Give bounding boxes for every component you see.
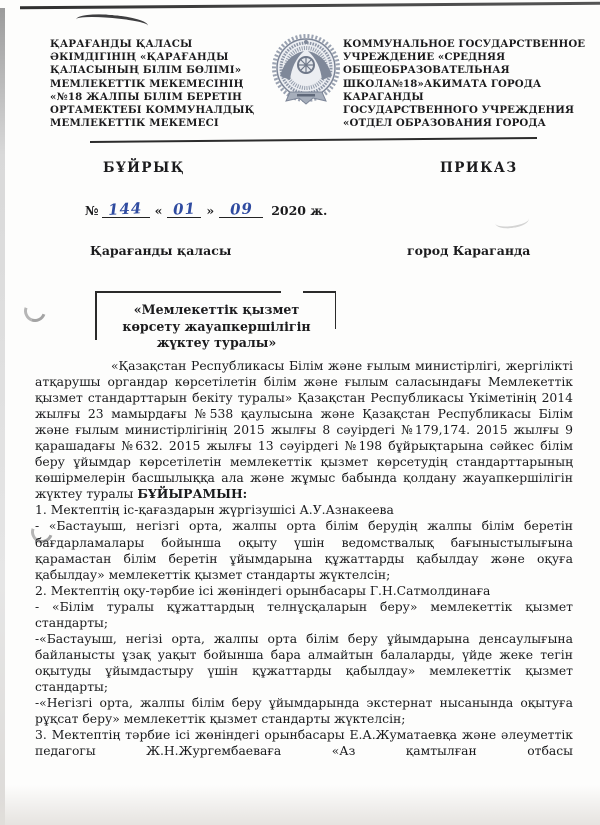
org-line: ОБЩЕОБРАЗОВАТЕЛЬНАЯ <box>343 64 591 77</box>
body-item: -«Бастауыш, негізі орта, жалпы орта білі… <box>35 631 573 695</box>
org-line: КОММУНАЛЬНОЕ ГОСУДАРСТВЕННОЕ <box>343 38 591 51</box>
order-body: «Қазақстан Республикасы Білім және ғылым… <box>35 358 573 759</box>
faint-pen-squiggle <box>494 212 530 231</box>
body-intro-paragraph: «Қазақстан Республикасы Білім және ғылым… <box>35 358 573 502</box>
scan-bottom-shadow <box>0 785 600 825</box>
body-item: 2. Мектептің оқу-тәрбие ісі жөніндегі ор… <box>35 583 573 599</box>
body-item: 3. Мектептің тәрбие ісі жөніндегі орынба… <box>35 727 573 759</box>
org-line: МЕМЛЕКЕТТІК МЕКЕМЕСІ <box>50 117 262 130</box>
close-quote: » <box>206 203 214 218</box>
box-border <box>303 291 336 293</box>
order-month-field: 09 <box>219 199 263 218</box>
org-line: «№18 ЖАЛПЫ БІЛІМ БЕРЕТІН <box>50 91 262 104</box>
box-border <box>95 291 97 340</box>
order-subject: «Мемлекеттік қызмет көрсету жауапкершілі… <box>105 302 328 352</box>
scan-top-edge-artifact <box>20 2 600 10</box>
kazakhstan-coat-of-arms-icon <box>270 32 342 110</box>
body-item: 1. Мектептің іс-қағаздарын жүргізушісі А… <box>35 502 573 518</box>
header-divider-line <box>90 137 537 143</box>
order-title-kazakh: БҰЙРЫҚ <box>103 160 185 176</box>
order-number-line: № 144 « 01 » 09 2020 ж. <box>85 199 327 218</box>
handwritten-day: 01 <box>173 199 197 218</box>
scan-left-edge-artifact <box>0 8 5 825</box>
box-border <box>95 291 281 293</box>
order-day-field: 01 <box>167 199 201 218</box>
org-name-kazakh: ҚАРАҒАНДЫ ҚАЛАСЫ ӘКІМДІГІНІҢ «ҚАРАҒАНДЫ … <box>50 38 262 130</box>
body-item: -«Негізгі орта, жалпы білім беру ұйымдар… <box>35 695 573 727</box>
order-subject-box: «Мемлекеттік қызмет көрсету жауапкершілі… <box>95 291 338 345</box>
box-border <box>335 291 337 329</box>
open-quote: « <box>155 203 163 218</box>
order-title-russian: ПРИКАЗ <box>440 160 518 176</box>
place-kazakh: Қарағанды қаласы <box>90 243 231 258</box>
handwritten-order-number: 144 <box>108 199 143 219</box>
order-word: БҰЙЫРАМЫН: <box>137 486 247 501</box>
org-line: «ОТДЕЛ ОБРАЗОВАНИЯ ГОРОДА <box>343 117 591 130</box>
body-item: - «Білім туралы құжаттардың телнұсқалары… <box>35 599 573 631</box>
org-line: КАРАГАНДЫ <box>343 91 591 104</box>
org-line: ГОСУДАРСТВЕННОГО УЧРЕЖДЕНИЯ <box>343 104 591 117</box>
org-line: УЧРЕЖДЕНИЕ «СРЕДНЯЯ <box>343 51 591 64</box>
punch-hole-shadow <box>20 296 49 325</box>
handwritten-month: 09 <box>229 199 253 218</box>
order-year: 2020 ж. <box>271 203 327 218</box>
pen-mark <box>75 12 148 33</box>
org-line: ШКОЛА№18»АКИМАТА ГОРОДА <box>343 78 591 91</box>
org-line: ҚАЛАСЫНЫҢ БІЛІМ БӨЛІМІ» <box>50 64 262 77</box>
org-line: МЕМЛЕКЕТТІК МЕКЕМЕСІНІҢ <box>50 78 262 91</box>
place-russian: город Караганда <box>407 243 530 258</box>
org-line: ОРТАМЕКТЕБІ КОММУНАЛДЫҚ <box>50 104 262 117</box>
number-sign: № <box>85 203 99 218</box>
org-line: ҚАРАҒАНДЫ ҚАЛАСЫ <box>50 38 262 51</box>
order-number-field: 144 <box>102 199 150 218</box>
intro-text: «Қазақстан Республикасы Білім және ғылым… <box>35 359 573 501</box>
org-name-russian: КОММУНАЛЬНОЕ ГОСУДАРСТВЕННОЕ УЧРЕЖДЕНИЕ … <box>343 38 591 130</box>
body-item: - «Бастауыш, негізгі орта, жалпы орта бі… <box>35 518 573 582</box>
org-line: ӘКІМДІГІНІҢ «ҚАРАҒАНДЫ <box>50 51 262 64</box>
